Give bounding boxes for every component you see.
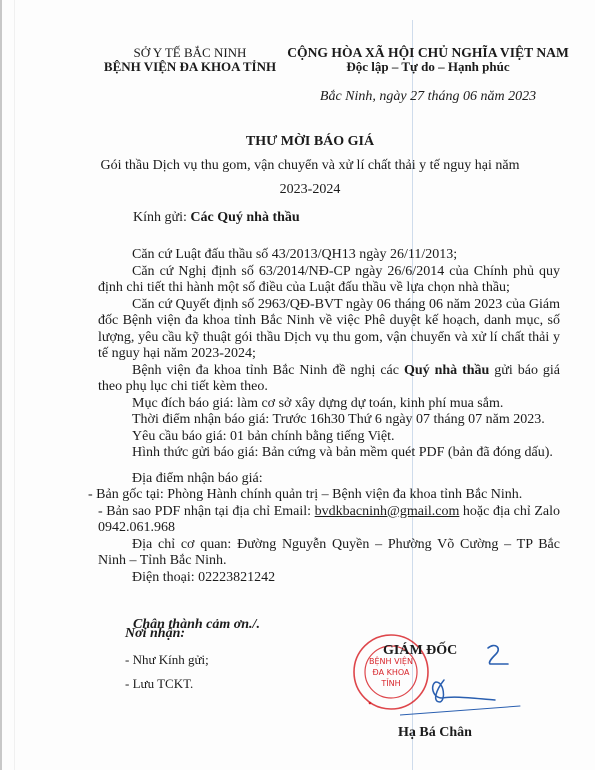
request-text-pre: Bệnh viện đa khoa tỉnh Bắc Ninh đề nghị … (132, 363, 404, 378)
recipients-title: Nơi nhận: (125, 626, 185, 642)
paragraph-decision: Căn cứ Quyết định số 2963/QĐ-BVT ngày 06… (98, 297, 560, 363)
paragraph-location-label: Địa điểm nhận báo giá: (98, 471, 560, 488)
greeting: Kính gửi: Các Quý nhà thầu (133, 210, 300, 226)
paragraph-purpose: Mục đích báo giá: làm cơ sở xây dựng dự … (98, 396, 560, 413)
document-title: THƯ MỜI BÁO GIÁ (100, 134, 520, 150)
greeting-label: Kính gửi: (133, 210, 190, 225)
document-date: Bắc Ninh, ngày 27 tháng 06 năm 2023 (283, 89, 573, 105)
email-link[interactable]: bvdkbacninh@gmail.com (315, 504, 460, 519)
hospital-name: BỆNH VIỆN ĐA KHOA TỈNH (100, 59, 280, 75)
recipient-item: - Như Kính gửi; (125, 652, 209, 668)
request-text-bold: Quý nhà thầu (404, 363, 489, 378)
scan-edge-shadow (14, 0, 15, 770)
national-motto: Độc lập – Tự do – Hạnh phúc (283, 59, 573, 75)
paragraph-request: Bệnh viện đa khoa tỉnh Bắc Ninh đề nghị … (98, 363, 560, 396)
document-subtitle: Gói thầu Dịch vụ thu gom, vận chuyển và … (100, 154, 520, 202)
paragraph-original-location: - Bản gốc tại: Phòng Hành chính quản trị… (88, 487, 560, 504)
paragraph-format: Hình thức gửi báo giá: Bản cứng và bản m… (98, 445, 560, 462)
paragraph-email: - Bản sao PDF nhận tại địa chỉ Email: bv… (98, 504, 560, 537)
email-text-pre: - Bản sao PDF nhận tại địa chỉ Email: (98, 504, 315, 519)
signatory-name: Hạ Bá Chân (365, 725, 505, 741)
paragraph-address: Địa chỉ cơ quan: Đường Nguyễn Quyền – Ph… (98, 537, 560, 570)
paragraph-deadline: Thời điểm nhận báo giá: Trước 16h30 Thứ … (98, 412, 560, 429)
paragraph-decree: Căn cứ Nghị định số 63/2014/NĐ-CP ngày 2… (98, 264, 560, 297)
paragraph-phone: Điện thoại: 02223821242 (98, 570, 560, 587)
handwritten-signature-icon (400, 640, 540, 720)
letter-body: Căn cứ Luật đấu thầu số 43/2013/QH13 ngà… (98, 247, 560, 586)
paragraph-law: Căn cứ Luật đấu thầu số 43/2013/QH13 ngà… (98, 247, 560, 264)
stamp-line: TỈNH (380, 677, 400, 688)
recipient-item: - Lưu TCKT. (125, 676, 193, 692)
scan-edge (0, 0, 2, 770)
greeting-recipient: Các Quý nhà thầu (190, 210, 299, 225)
paragraph-requirement: Yêu cầu báo giá: 01 bản chính bằng tiếng… (98, 429, 560, 446)
